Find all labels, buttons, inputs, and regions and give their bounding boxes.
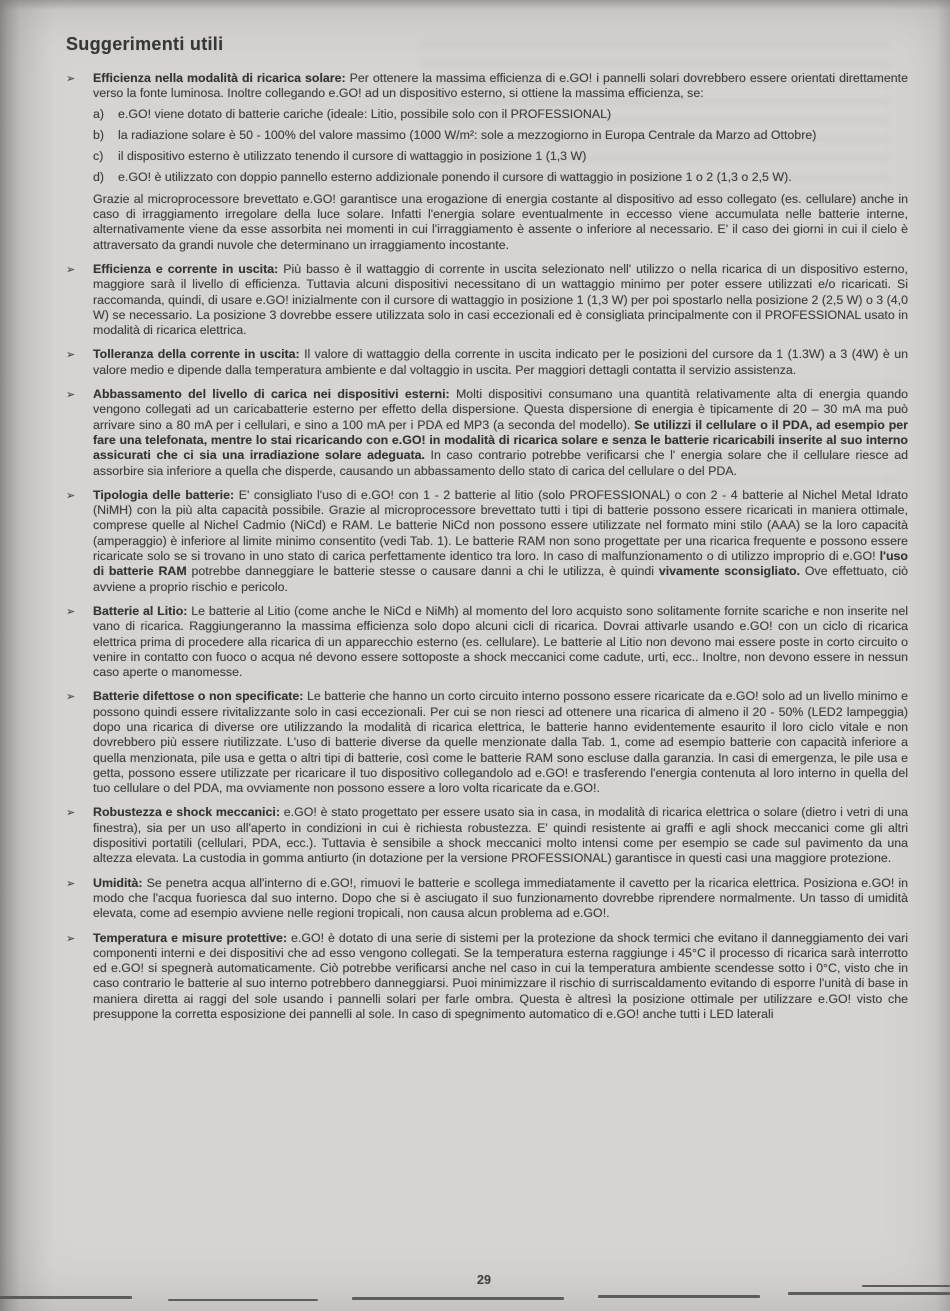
scan-line-artifact (862, 1285, 950, 1287)
sub-item: b)la radiazione solare è 50 - 100% del v… (93, 128, 908, 143)
arrow-bullet-icon: ➢ (66, 262, 93, 338)
sub-item-text: e.GO! è utilizzato con doppio pannello e… (118, 170, 908, 185)
bullet-body: Tolleranza della corrente in uscita: Il … (93, 347, 908, 378)
arrow-bullet-icon: ➢ (66, 488, 93, 595)
bullet-item: ➢Temperatura e misure protettive: e.GO! … (66, 931, 908, 1023)
paragraph: Abbassamento del livello di carica nei d… (93, 387, 908, 479)
scan-edge-shadow-left (0, 0, 52, 1311)
sub-item: c)il dispositivo esterno è utilizzato te… (93, 149, 908, 164)
sub-item-text: la radiazione solare è 50 - 100% del val… (118, 128, 908, 143)
sub-item-label: c) (93, 149, 118, 164)
sub-item-label: b) (93, 128, 118, 143)
bullet-item: ➢Batterie al Litio: Le batterie al Litio… (66, 604, 908, 680)
document-page: Suggerimenti utili ➢Efficienza nella mod… (66, 34, 908, 1031)
bullet-body: Tipologia delle batterie: E' consigliato… (93, 488, 908, 595)
paragraph: Batterie al Litio: Le batterie al Litio … (93, 604, 908, 680)
bullet-item: ➢Efficienza nella modalità di ricarica s… (66, 71, 908, 253)
arrow-bullet-icon: ➢ (66, 71, 93, 253)
scan-line-artifact (352, 1297, 564, 1300)
bullet-body: Efficienza e corrente in uscita: Più bas… (93, 262, 908, 338)
paragraph: Grazie al microprocessore brevettato e.G… (93, 192, 908, 253)
bullet-item: ➢Tolleranza della corrente in uscita: Il… (66, 347, 908, 378)
bullet-item: ➢Umidità: Se penetra acqua all'interno d… (66, 876, 908, 922)
bullet-item: ➢Batterie difettose o non specificate: L… (66, 689, 908, 796)
paragraph: Tolleranza della corrente in uscita: Il … (93, 347, 908, 378)
sub-item-text: e.GO! viene dotato di batterie cariche (… (118, 107, 908, 122)
scan-line-artifact (168, 1299, 318, 1301)
paragraph: Efficienza e corrente in uscita: Più bas… (93, 262, 908, 338)
bullet-body: Temperatura e misure protettive: e.GO! è… (93, 931, 908, 1023)
bullet-item: ➢Robustezza e shock meccanici: e.GO! è s… (66, 805, 908, 866)
paragraph: Tipologia delle batterie: E' consigliato… (93, 488, 908, 595)
page-title: Suggerimenti utili (66, 34, 908, 55)
sub-item-text: il dispositivo esterno è utilizzato tene… (118, 149, 908, 164)
sub-item: d)e.GO! è utilizzato con doppio pannello… (93, 170, 908, 185)
scan-edge-shadow-top (0, 0, 950, 10)
bullet-body: Robustezza e shock meccanici: e.GO! è st… (93, 805, 908, 866)
sub-item-label: d) (93, 170, 118, 185)
bullet-item: ➢Tipologia delle batterie: E' consigliat… (66, 488, 908, 595)
sub-item: a)e.GO! viene dotato di batterie cariche… (93, 107, 908, 122)
scan-line-artifact (0, 1296, 132, 1299)
scan-line-artifact (788, 1292, 950, 1295)
bullet-item: ➢Efficienza e corrente in uscita: Più ba… (66, 262, 908, 338)
arrow-bullet-icon: ➢ (66, 689, 93, 796)
scan-line-artifact (598, 1295, 760, 1298)
sub-item-label: a) (93, 107, 118, 122)
paragraph: Umidità: Se penetra acqua all'interno di… (93, 876, 908, 922)
arrow-bullet-icon: ➢ (66, 347, 93, 378)
arrow-bullet-icon: ➢ (66, 876, 93, 922)
paragraph: Efficienza nella modalità di ricarica so… (93, 71, 908, 102)
arrow-bullet-icon: ➢ (66, 805, 93, 866)
arrow-bullet-icon: ➢ (66, 387, 93, 479)
paragraph: Temperatura e misure protettive: e.GO! è… (93, 931, 908, 1023)
bullet-list: ➢Efficienza nella modalità di ricarica s… (66, 71, 908, 1022)
arrow-bullet-icon: ➢ (66, 604, 93, 680)
bullet-body: Umidità: Se penetra acqua all'interno di… (93, 876, 908, 922)
bullet-body: Abbassamento del livello di carica nei d… (93, 387, 908, 479)
paragraph: Robustezza e shock meccanici: e.GO! è st… (93, 805, 908, 866)
bullet-body: Efficienza nella modalità di ricarica so… (93, 71, 908, 253)
paragraph: Batterie difettose o non specificate: Le… (93, 689, 908, 796)
bullet-body: Batterie difettose o non specificate: Le… (93, 689, 908, 796)
bullet-body: Batterie al Litio: Le batterie al Litio … (93, 604, 908, 680)
scan-edge-shadow-right (936, 0, 950, 1311)
page-number: 29 (0, 1273, 950, 1287)
bullet-item: ➢Abbassamento del livello di carica nei … (66, 387, 908, 479)
arrow-bullet-icon: ➢ (66, 931, 93, 1023)
